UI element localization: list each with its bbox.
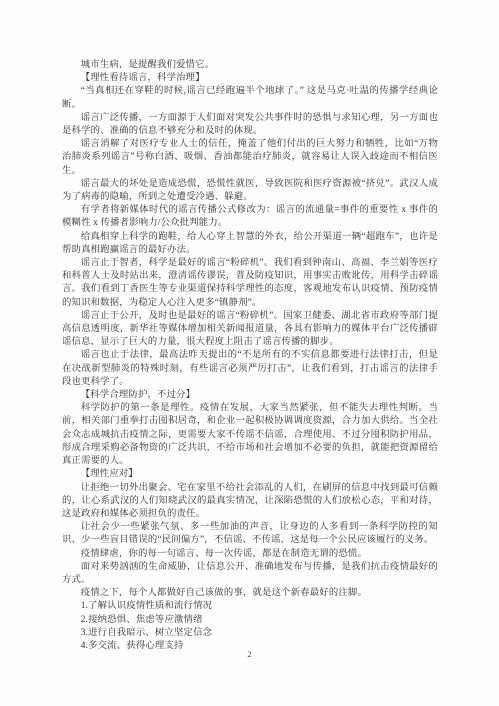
paragraph: 让社会少一些紧张气氛、多一些加油的声音，让身边的人多看到一条科学防控的知识、少一… [62, 521, 438, 547]
numbered-list-item: 3.进行自我暗示、树立坚定信念 [62, 627, 438, 640]
paragraph: 谣言最大的坏处是造成恐慌，恐慌性就医，导致医院和医疗资源被“挤兑”。武汉人成为了… [62, 178, 438, 204]
paragraph: 让拒绝一切外出聚会、宅在家里不给社会添乱的人们，在刷屏的信息中找到最可信赖的，让… [62, 482, 438, 522]
paragraph: 疫情肆虐，你的每一句谣言、每一次传谣，都是在制造无谓的恐慌。 [62, 548, 438, 561]
paragraph: “当真相还在穿鞋的时候,谣言已经跑遍半个地球了。” 这是马克·吐温的传播学经典论… [62, 85, 438, 111]
paragraph: 谣言消解了对医疗专业人士的信任，掩盖了他们付出的巨大努力和牺牲，比如“万物治肺炎… [62, 138, 438, 178]
section-heading: 【理性看待谣言，科学治理】 [62, 72, 438, 85]
paragraph: 疫情之下，每个人都做好自己该做的事，就是这个新春最好的注脚。 [62, 587, 438, 600]
paragraph: 谣言广泛传播，一方面源于人们面对突发公共事件时的恐惧与求知心理，另一方面也是科学… [62, 112, 438, 138]
numbered-list-item: 1.了解认识疫情性质和流行情况 [62, 600, 438, 613]
section-heading: 【科学合理防护，不过分】 [62, 389, 438, 402]
paragraph: 给真相穿上科学的跑鞋，给人心穿上智慧的外衣，给公开渠道一辆“超跑车”，也许是帮助… [62, 231, 438, 257]
document-page: 城市生病，是提醒我们爱惜它。 【理性看待谣言，科学治理】 “当真相还在穿鞋的时候… [62, 59, 438, 653]
paragraph: 谣言也止于法律，最高法昨天提出的“不是所有的不实信息都要进行法律打击，但是在决战… [62, 349, 438, 389]
paragraph: 谣言止于智者，科学是最好的谣言“粉碎机”。我们看到钟南山、高福、李兰娟等医疗和科… [62, 257, 438, 310]
page-number: 2 [0, 649, 499, 659]
paragraph: 有学者将新媒体时代的谣言传播公式修改为：谣言的流通量=事件的重要性 x 事件的模… [62, 204, 438, 230]
section-heading: 【理性应对】 [62, 468, 438, 481]
paragraph: 科学防护的第一条是理性。疫情在发展，大家当然紧张，但不能失去理性判断。当前，相关… [62, 402, 438, 468]
paragraph: 面对来势汹汹的生命威胁，让信息公开、准确地发布与传播，是我们抗击疫情最好的方式。 [62, 561, 438, 587]
paragraph: 城市生病，是提醒我们爱惜它。 [62, 59, 438, 72]
paragraph: 谣言止于公开，及时也是最好的谣言“粉碎机”。国家卫健委、湖北省市政府等部门提高信… [62, 310, 438, 350]
numbered-list-item: 2.接纳恐惧、焦虑等应激情绪 [62, 614, 438, 627]
